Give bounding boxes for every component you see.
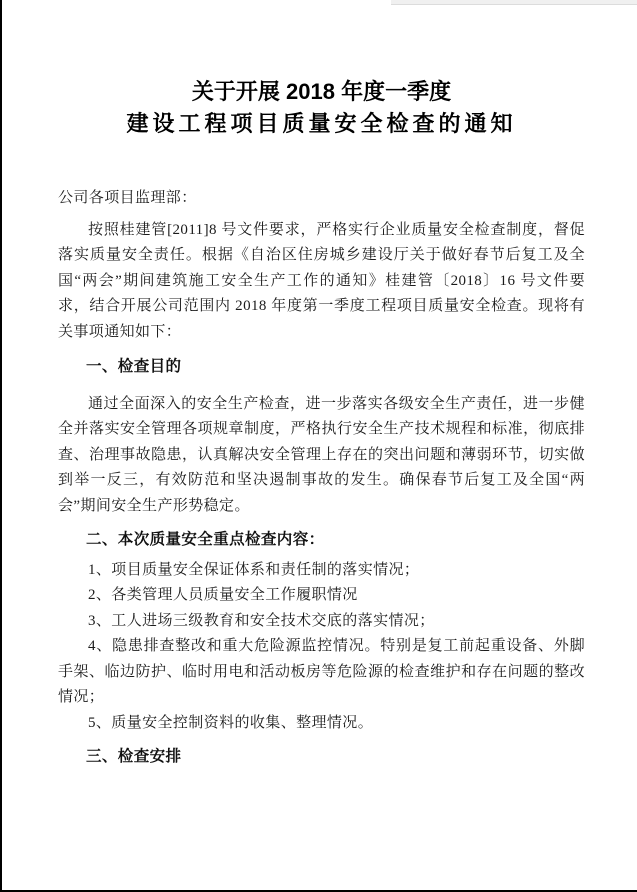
inspection-purpose-paragraph: 通过全面深入的安全生产检查，进一步落实各级安全生产责任，进一步健全并落实安全管理… bbox=[58, 392, 585, 520]
document-title: 关于开展 2018 年度一季度 建设工程项目质量安全检查的通知 bbox=[58, 76, 585, 140]
intro-paragraph: 按照桂建管[2011]8 号文件要求，严格实行企业质量安全检查制度，督促落实质量… bbox=[58, 218, 585, 346]
checklist-item-5: 5、质量安全控制资料的收集、整理情况。 bbox=[58, 711, 585, 737]
checklist-item-4: 4、隐患排查整改和重大危险源监控情况。特别是复工前起重设备、外脚手架、临边防护、… bbox=[58, 634, 585, 711]
document-title-line-1: 关于开展 2018 年度一季度 bbox=[58, 76, 585, 108]
section-heading-inspection-schedule: 三、检查安排 bbox=[58, 744, 585, 770]
scan-edge-left bbox=[0, 0, 2, 892]
checklist-item-2: 2、各类管理人员质量安全工作履职情况 bbox=[58, 583, 585, 609]
checklist-item-3: 3、工人进场三级教育和安全技术交底的落实情况； bbox=[58, 609, 585, 635]
section-heading-key-inspection-content: 二、本次质量安全重点检查内容： bbox=[58, 527, 585, 553]
salutation: 公司各项目监理部： bbox=[58, 186, 585, 212]
document-page: 关于开展 2018 年度一季度 建设工程项目质量安全检查的通知 公司各项目监理部… bbox=[0, 0, 637, 892]
section-heading-inspection-purpose: 一、检查目的 bbox=[58, 354, 585, 380]
document-body: 关于开展 2018 年度一季度 建设工程项目质量安全检查的通知 公司各项目监理部… bbox=[58, 0, 585, 770]
checklist-item-1: 1、项目质量安全保证体系和责任制的落实情况； bbox=[58, 558, 585, 584]
document-title-line-2: 建设工程项目质量安全检查的通知 bbox=[58, 108, 585, 140]
